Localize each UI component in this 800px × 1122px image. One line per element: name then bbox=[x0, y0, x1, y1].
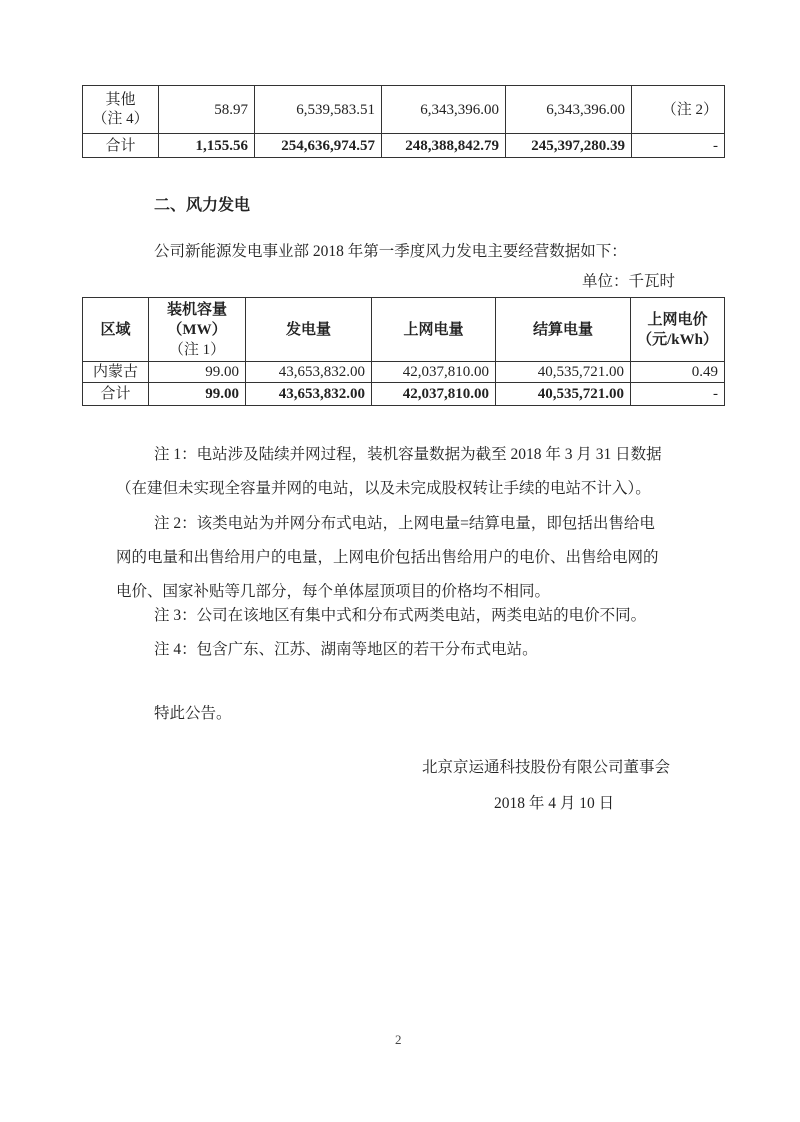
note-1-line-2: （在建但未实现全容量并网的电站，以及未完成股权转让手续的电站不计入）。 bbox=[116, 479, 651, 499]
grid-cell: 42,037,810.00 bbox=[372, 362, 496, 383]
grid-cell: 248,388,842.79 bbox=[382, 134, 506, 158]
region-note: （注 4） bbox=[89, 110, 152, 129]
generation-cell: 6,539,583.51 bbox=[255, 86, 382, 134]
grid-cell: 6,343,396.00 bbox=[382, 86, 506, 134]
unit-label: 单位：千瓦时 bbox=[582, 272, 675, 292]
capacity-cell: 99.00 bbox=[149, 383, 246, 406]
region-label: 其他 bbox=[89, 91, 152, 110]
header-region: 区域 bbox=[83, 298, 149, 362]
header-settled: 结算电量 bbox=[496, 298, 631, 362]
section-heading: 二、风力发电 bbox=[154, 196, 250, 216]
signature-company: 北京京运通科技股份有限公司董事会 bbox=[422, 758, 670, 778]
header-capacity: 装机容量 （MW） （注 1） bbox=[149, 298, 246, 362]
region-cell: 合计 bbox=[83, 383, 149, 406]
table-row: 内蒙古 99.00 43,653,832.00 42,037,810.00 40… bbox=[83, 362, 725, 383]
capacity-cell: 1,155.56 bbox=[159, 134, 255, 158]
price-cell: （注 2） bbox=[632, 86, 725, 134]
region-cell: 内蒙古 bbox=[83, 362, 149, 383]
grid-cell: 42,037,810.00 bbox=[372, 383, 496, 406]
price-cell: - bbox=[631, 383, 725, 406]
table-row: 其他 （注 4） 58.97 6,539,583.51 6,343,396.00… bbox=[83, 86, 725, 134]
header-capacity-unit: （MW） bbox=[155, 320, 239, 340]
header-capacity-label: 装机容量 bbox=[155, 300, 239, 320]
header-price: 上网电价 （元/kWh） bbox=[631, 298, 725, 362]
table-header-row: 区域 装机容量 （MW） （注 1） 发电量 上网电量 结算电量 上网电价 （元… bbox=[83, 298, 725, 362]
section-intro: 公司新能源发电事业部 2018 年第一季度风力发电主要经营数据如下： bbox=[154, 242, 627, 262]
signature-date: 2018 年 4 月 10 日 bbox=[494, 794, 614, 814]
note-2-line-2: 网的电量和出售给用户的电量，上网电价包括出售给用户的电价、出售给电网的 bbox=[116, 548, 659, 568]
capacity-cell: 99.00 bbox=[149, 362, 246, 383]
generation-cell: 43,653,832.00 bbox=[246, 383, 372, 406]
header-capacity-note: （注 1） bbox=[155, 340, 239, 360]
capacity-cell: 58.97 bbox=[159, 86, 255, 134]
table-row-total: 合计 1,155.56 254,636,974.57 248,388,842.7… bbox=[83, 134, 725, 158]
settled-cell: 245,397,280.39 bbox=[506, 134, 632, 158]
price-cell: 0.49 bbox=[631, 362, 725, 383]
note-3: 注 3：公司在该地区有集中式和分布式两类电站，两类电站的电价不同。 bbox=[154, 606, 646, 626]
settled-cell: 40,535,721.00 bbox=[496, 383, 631, 406]
region-cell: 其他 （注 4） bbox=[83, 86, 159, 134]
wind-power-table: 区域 装机容量 （MW） （注 1） 发电量 上网电量 结算电量 上网电价 （元… bbox=[82, 297, 725, 406]
note-2-line-3: 电价、国家补贴等几部分，每个单体屋顶项目的价格均不相同。 bbox=[116, 582, 550, 602]
generation-cell: 43,653,832.00 bbox=[246, 362, 372, 383]
settled-cell: 6,343,396.00 bbox=[506, 86, 632, 134]
note-4: 注 4：包含广东、江苏、湖南等地区的若干分布式电站。 bbox=[154, 640, 538, 660]
page-number: 2 bbox=[395, 1030, 402, 1050]
region-cell: 合计 bbox=[83, 134, 159, 158]
closing-statement: 特此公告。 bbox=[154, 704, 232, 724]
note-1-line-1: 注 1：电站涉及陆续并网过程，装机容量数据为截至 2018 年 3 月 31 日… bbox=[154, 445, 662, 465]
note-2-line-1: 注 2：该类电站为并网分布式电站，上网电量=结算电量，即包括出售给电 bbox=[154, 514, 655, 534]
header-grid: 上网电量 bbox=[372, 298, 496, 362]
table-row-total: 合计 99.00 43,653,832.00 42,037,810.00 40,… bbox=[83, 383, 725, 406]
settled-cell: 40,535,721.00 bbox=[496, 362, 631, 383]
header-price-unit: （元/kWh） bbox=[637, 330, 718, 350]
solar-table-continuation: 其他 （注 4） 58.97 6,539,583.51 6,343,396.00… bbox=[82, 85, 725, 158]
header-price-label: 上网电价 bbox=[637, 310, 718, 330]
header-generation: 发电量 bbox=[246, 298, 372, 362]
price-cell: - bbox=[632, 134, 725, 158]
generation-cell: 254,636,974.57 bbox=[255, 134, 382, 158]
